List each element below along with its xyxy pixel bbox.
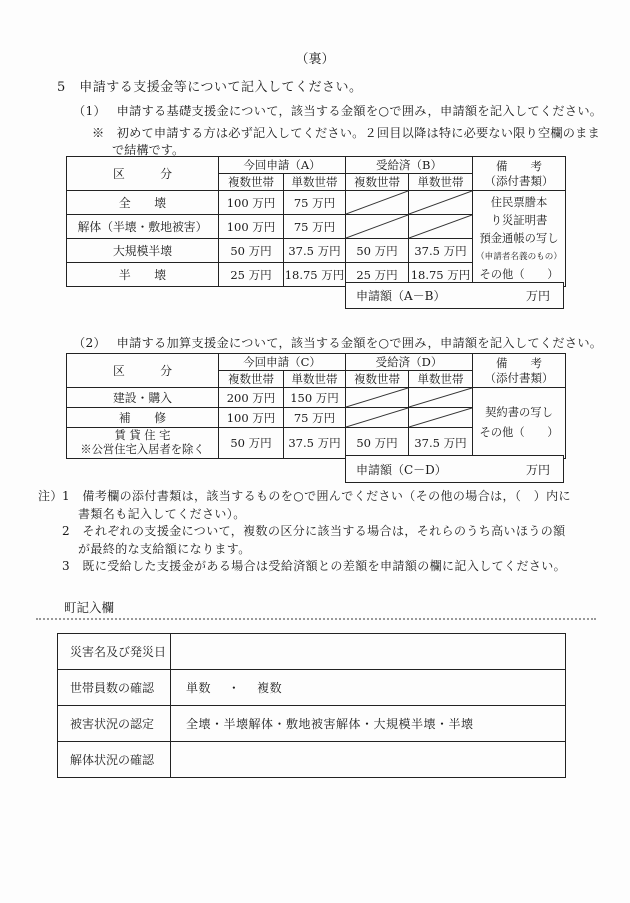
town-row-damage-certification: 被害状況の認定 全壊・半壊解体・敷地被害解体・大規模半壊・半壊 — [58, 706, 566, 742]
diagonal-slash-icon — [409, 388, 472, 407]
subsection-2-heading: （2） 申請する加算支援金について，該当する金額を○で囲み，申請額を記入してくだ… — [73, 334, 602, 351]
t2-row1-rec-multi-na — [346, 408, 409, 428]
t1-remarks-item-5: その他（ ） — [473, 266, 565, 284]
t2-remarks-item-1: 契約書の写し — [473, 403, 565, 423]
t2-subheader-single-d: 単数世帯 — [409, 371, 473, 388]
town-row1-value: 単数 ・ 複数 — [171, 670, 566, 706]
town-entry-table: 災害名及び発災日 世帯員数の確認 単数 ・ 複数 被害状況の認定 全壊・半壊解体… — [57, 633, 566, 778]
t1-row2-now-multi: 50 万円 — [219, 239, 284, 263]
t1-row2-label: 大規模半壊 — [67, 239, 219, 263]
note-2-line-2: が最終的な支給額になります。 — [78, 540, 251, 557]
t2-remarks-subtitle: （添付書類） — [473, 371, 565, 386]
dotted-divider — [36, 618, 596, 620]
t1-row-total-destruction: 全 壊 100 万円 75 万円 住民票謄本 り災証明書 預金通帳の写し （申請… — [67, 191, 566, 215]
subsection-1-heading: （1） 申請する基礎支援金について，該当する金額を○で囲み，申請額を記入してくだ… — [73, 102, 602, 119]
t1-subheader-single-a: 単数世帯 — [284, 174, 346, 191]
town-row2-value: 全壊・半壊解体・敷地被害解体・大規模半壊・半壊 — [171, 706, 566, 742]
t2-row0-rec-multi-na — [346, 388, 409, 408]
t1-row3-now-multi: 25 万円 — [219, 263, 284, 287]
t1-remarks-subtitle: （添付書類） — [473, 174, 565, 189]
basic-application-amount-label: 申請額（A－B） — [356, 287, 446, 304]
t2-subheader-single-c: 単数世帯 — [284, 371, 346, 388]
diagonal-slash-icon — [346, 215, 408, 238]
form-page-back: （裏） 5 申請する支援金等について記入してください。 （1） 申請する基礎支援… — [0, 0, 630, 903]
town-row1-label: 世帯員数の確認 — [58, 670, 171, 706]
t2-row2-label: 賃 貸 住 宅 ※公営住宅入居者を除く — [67, 428, 219, 459]
town-row-demolition-confirmation: 解体状況の確認 — [58, 742, 566, 778]
t2-subheader-multi-d: 複数世帯 — [346, 371, 409, 388]
basic-support-table: 区 分 今回申請（A） 受給済（B） 備 考 （添付書類） 複数世帯 単数世帯 … — [66, 156, 566, 287]
diagonal-slash-icon — [409, 408, 472, 427]
t1-header-category: 区 分 — [67, 157, 219, 191]
additional-support-table: 区 分 今回申請（C） 受給済（D） 備 考 （添付書類） 複数世帯 単数世帯 … — [66, 353, 566, 459]
t1-subheader-multi-a: 複数世帯 — [219, 174, 284, 191]
t2-header-received: 受給済（D） — [346, 354, 473, 371]
t2-header-current-application: 今回申請（C） — [219, 354, 346, 371]
t1-header-remarks: 備 考 （添付書類） — [473, 157, 566, 191]
t1-row2-rec-single: 37.5 万円 — [409, 239, 473, 263]
t2-row2-now-single: 37.5 万円 — [284, 428, 346, 459]
t2-row1-rec-single-na — [409, 408, 473, 428]
town-row-disaster-name: 災害名及び発災日 — [58, 634, 566, 670]
note-3-line-1: 3 既に受給した支援金がある場合は受給済額との差額を申請額の欄に記入してください… — [62, 557, 566, 574]
additional-application-amount-box: 申請額（C－D） 万円 — [345, 455, 564, 483]
t1-subheader-single-b: 単数世帯 — [409, 174, 473, 191]
t2-row2-rec-multi: 50 万円 — [346, 428, 409, 459]
diagonal-slash-icon — [409, 191, 472, 214]
t2-header-category: 区 分 — [67, 354, 219, 388]
t2-row0-now-single: 150 万円 — [284, 388, 346, 408]
t1-remarks-title: 備 考 — [473, 159, 565, 174]
t1-row2-now-single: 37.5 万円 — [284, 239, 346, 263]
t1-row1-now-single: 75 万円 — [284, 215, 346, 239]
town-row3-value — [171, 742, 566, 778]
t2-remarks-item-2: その他（ ） — [473, 423, 565, 443]
town-row-household-count: 世帯員数の確認 単数 ・ 複数 — [58, 670, 566, 706]
t1-remarks-cell: 住民票謄本 り災証明書 預金通帳の写し （申請者名義のもの） その他（ ） — [473, 191, 566, 287]
diagonal-slash-icon — [346, 388, 408, 407]
town-row2-label: 被害状況の認定 — [58, 706, 171, 742]
t1-row0-now-single: 75 万円 — [284, 191, 346, 215]
t2-row2-rec-single: 37.5 万円 — [409, 428, 473, 459]
t2-row2-now-multi: 50 万円 — [219, 428, 284, 459]
t1-subheader-multi-b: 複数世帯 — [346, 174, 409, 191]
t1-remarks-item-3: 預金通帳の写し — [473, 230, 565, 248]
t1-header-received: 受給済（B） — [346, 157, 473, 174]
t1-row1-rec-multi-na — [346, 215, 409, 239]
t1-remarks-item-4: （申請者名義のもの） — [473, 248, 565, 266]
t1-row0-now-multi: 100 万円 — [219, 191, 284, 215]
note-2-line-1: 2 それぞれの支援金について，複数の区分に該当する場合は，それらのうち高いほうの… — [62, 522, 566, 539]
town-row0-value — [171, 634, 566, 670]
t2-row0-now-multi: 200 万円 — [219, 388, 284, 408]
t1-header-current-application: 今回申請（A） — [219, 157, 346, 174]
t2-header-remarks: 備 考 （添付書類） — [473, 354, 566, 388]
t1-row3-label: 半 壊 — [67, 263, 219, 287]
t1-row3-now-single: 18.75 万円 — [284, 263, 346, 287]
t1-row1-now-multi: 100 万円 — [219, 215, 284, 239]
t2-row2-label-line2: ※公営住宅入居者を除く — [67, 443, 218, 457]
town-row0-label: 災害名及び発災日 — [58, 634, 171, 670]
t1-row1-label: 解体（半壊・敷地被害） — [67, 215, 219, 239]
t2-row-construction-purchase: 建設・購入 200 万円 150 万円 契約書の写し その他（ ） — [67, 388, 566, 408]
t1-remarks-item-1: 住民票謄本 — [473, 194, 565, 212]
section-5-heading: 5 申請する支援金等について記入してください。 — [57, 76, 363, 95]
basic-application-amount-box: 申請額（A－B） 万円 — [345, 282, 564, 309]
t2-row2-label-line1: 賃 貸 住 宅 — [67, 429, 218, 443]
town-row3-label: 解体状況の確認 — [58, 742, 171, 778]
diagonal-slash-icon — [346, 191, 408, 214]
t1-row2-rec-multi: 50 万円 — [346, 239, 409, 263]
notes-mark: 注） — [38, 487, 63, 504]
t1-row0-label: 全 壊 — [67, 191, 219, 215]
t2-row1-label: 補 修 — [67, 408, 219, 428]
t1-row0-rec-multi-na — [346, 191, 409, 215]
t1-row0-rec-single-na — [409, 191, 473, 215]
town-entry-title: 町記入欄 — [64, 598, 114, 616]
t2-remarks-cell: 契約書の写し その他（ ） — [473, 388, 566, 459]
diagonal-slash-icon — [409, 215, 472, 238]
t2-subheader-multi-c: 複数世帯 — [219, 371, 284, 388]
diagonal-slash-icon — [346, 408, 408, 427]
t2-row0-rec-single-na — [409, 388, 473, 408]
t2-row1-now-single: 75 万円 — [284, 408, 346, 428]
additional-application-amount-unit: 万円 — [526, 461, 550, 478]
additional-application-amount-label: 申請額（C－D） — [356, 461, 447, 478]
note-1-line-1: 1 備考欄の添付書類は，該当するものを○で囲んでください（その他の場合は，（ ）… — [62, 487, 571, 504]
t1-row1-rec-single-na — [409, 215, 473, 239]
t2-remarks-title: 備 考 — [473, 356, 565, 371]
basic-application-amount-unit: 万円 — [526, 287, 550, 304]
note-1-line-2: 書類名も記入してください）。 — [78, 505, 246, 522]
page-side-label: （裏） — [0, 48, 630, 67]
t2-row0-label: 建設・購入 — [67, 388, 219, 408]
subsection-1-note-line1: ※ 初めて申請する方は必ず記入してください。２回目以降は特に必要ない限り空欄のま… — [92, 124, 600, 141]
t1-remarks-item-2: り災証明書 — [473, 212, 565, 230]
t2-row1-now-multi: 100 万円 — [219, 408, 284, 428]
